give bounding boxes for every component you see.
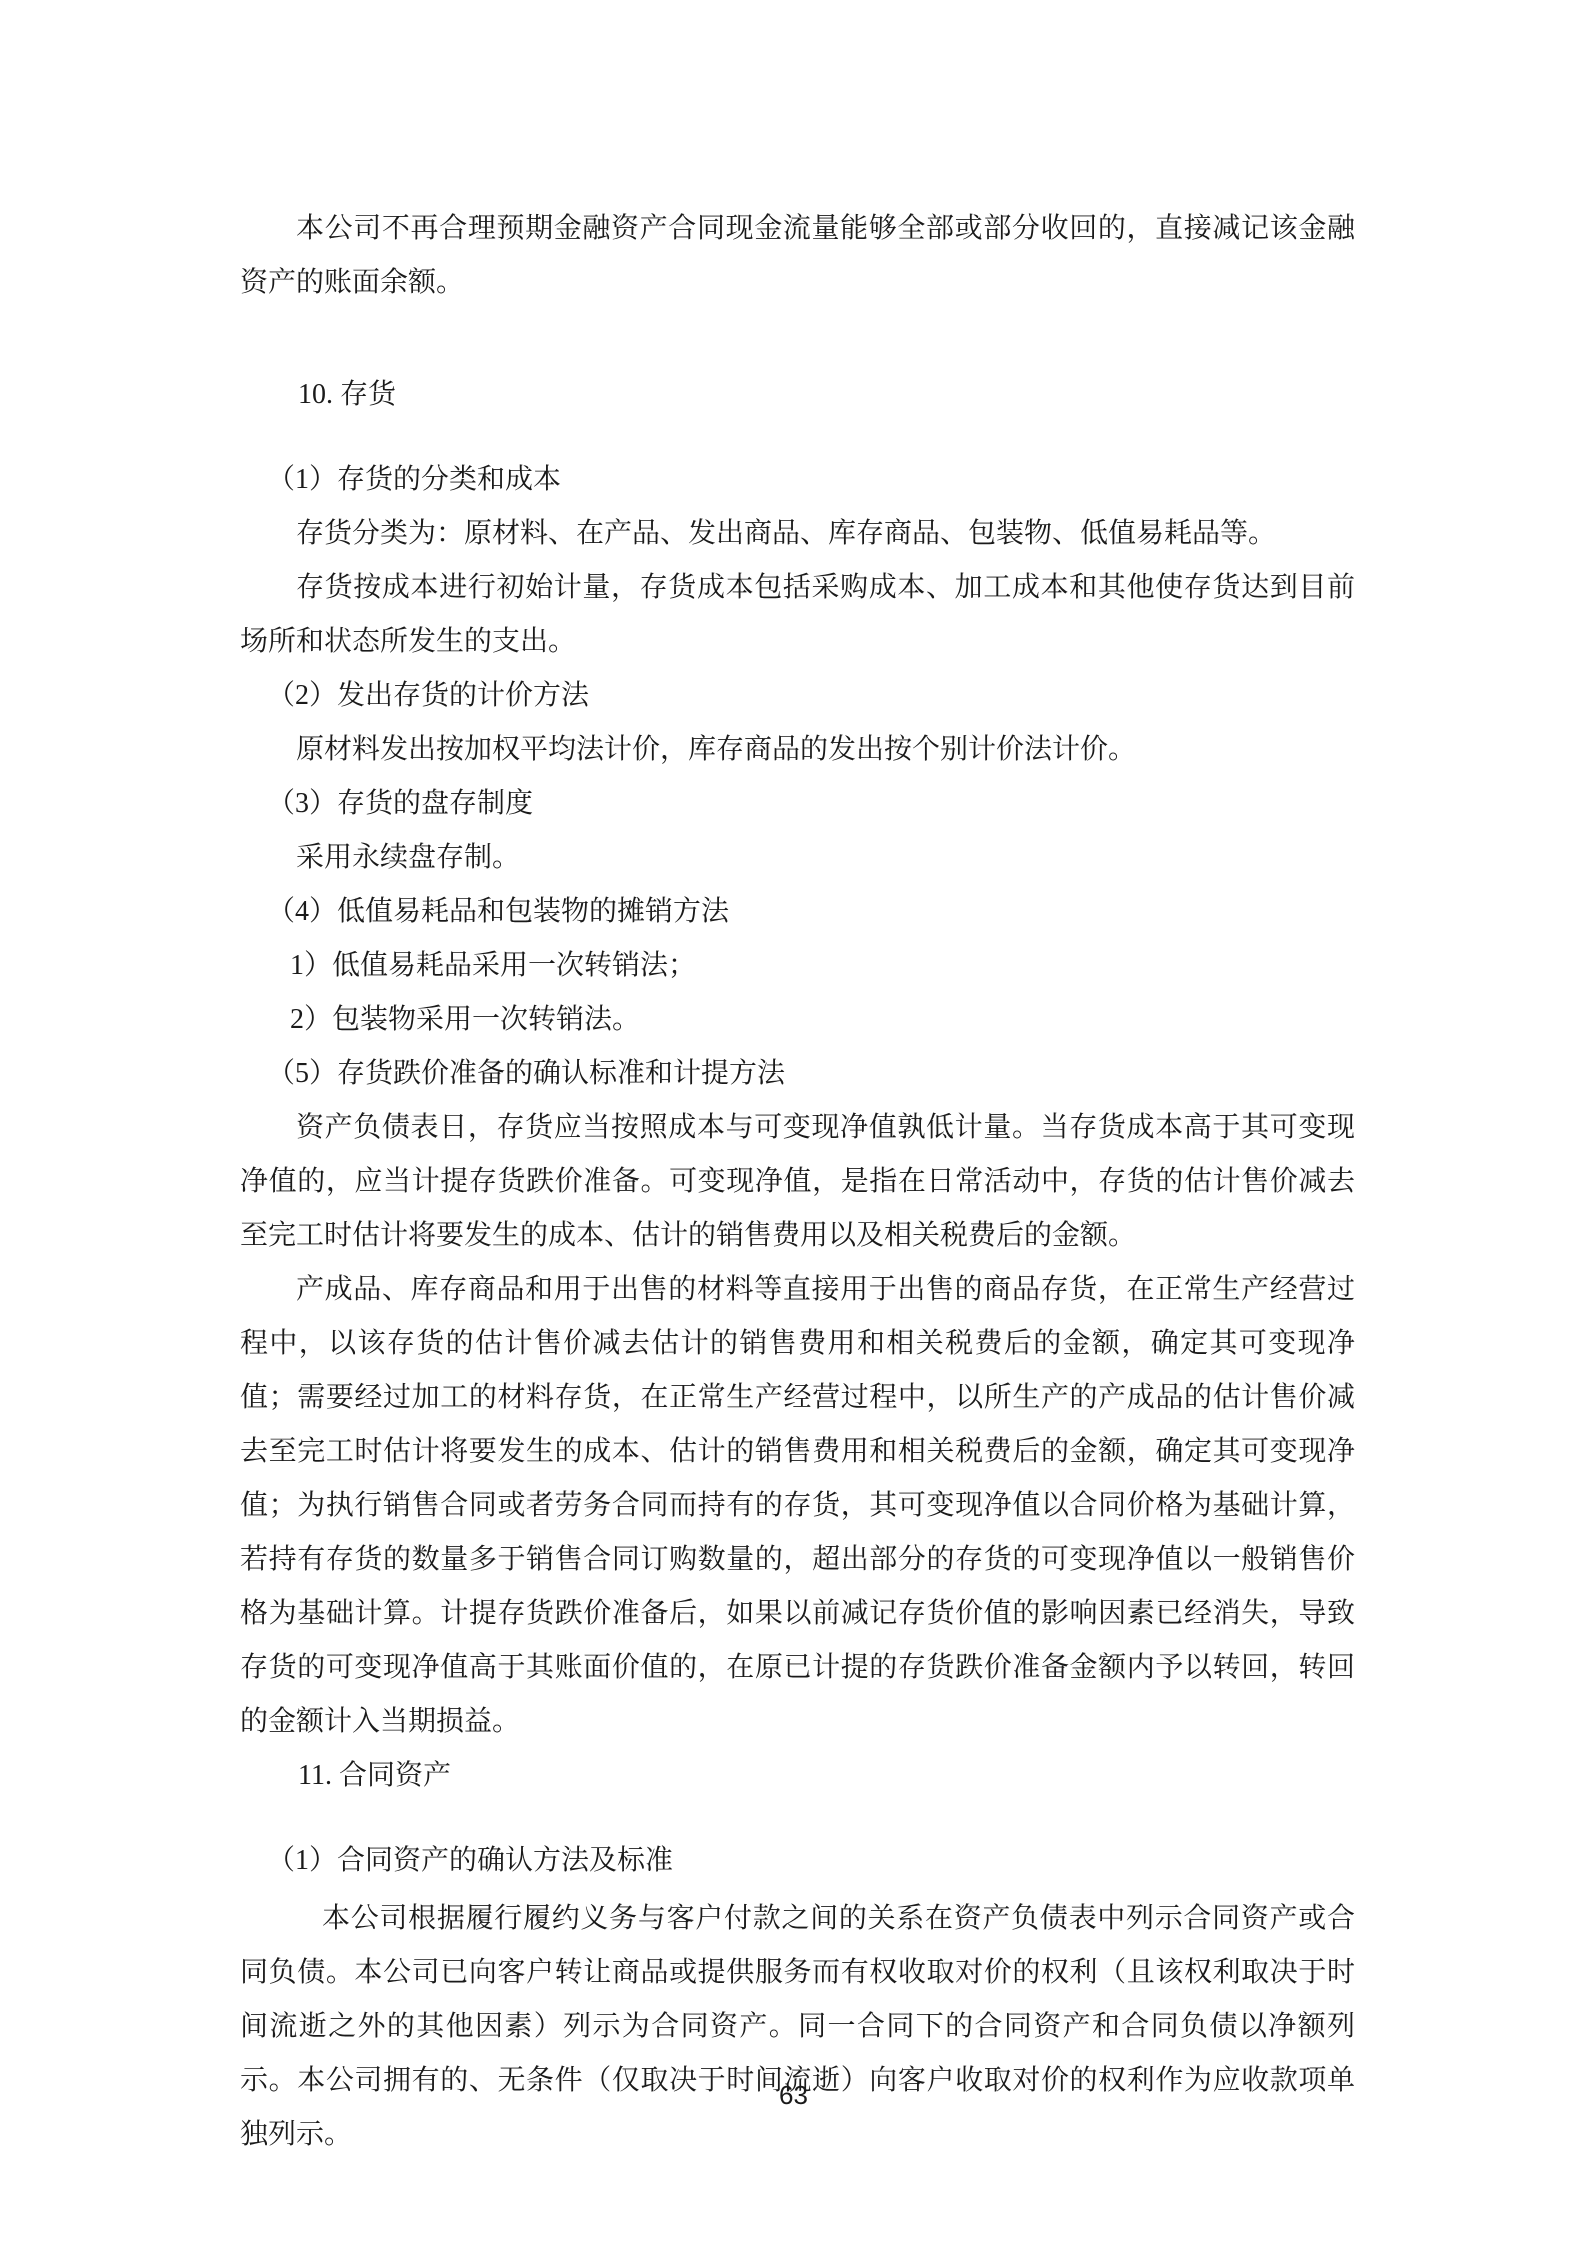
section-11-heading: 11. 合同资产 xyxy=(240,1749,1355,1803)
closing-paragraph-financial-asset-writeoff: 本公司不再合理预期金融资产合同现金流量能够全部或部分收回的，直接减记该金融资产的… xyxy=(240,202,1355,310)
section-10-item-1-paragraph-2: 存货按成本进行初始计量，存货成本包括采购成本、加工成本和其他使存货达到目前场所和… xyxy=(240,561,1355,669)
section-11-item-1-heading: （1）合同资产的确认方法及标准 xyxy=(240,1834,1355,1888)
section-10-item-1-paragraph-1: 存货分类为：原材料、在产品、发出商品、库存商品、包装物、低值易耗品等。 xyxy=(240,507,1355,561)
section-10-item-3-paragraph-1: 采用永续盘存制。 xyxy=(240,831,1355,885)
section-10-item-4-list-item-1: 1）低值易耗品采用一次转销法； xyxy=(240,939,1355,993)
section-10-item-4-list-item-2: 2）包装物采用一次转销法。 xyxy=(240,993,1355,1047)
section-11-item-1-paragraph-1: 本公司根据履行履约义务与客户付款之间的关系在资产负债表中列示合同资产或合同负债。… xyxy=(240,1892,1355,2162)
page-number: 63 xyxy=(779,2080,808,2110)
section-10-item-5-heading: （5）存货跌价准备的确认标准和计提方法 xyxy=(240,1047,1355,1101)
section-10-item-3-heading: （3）存货的盘存制度 xyxy=(240,777,1355,831)
page-footer: 63 xyxy=(0,2080,1587,2111)
document-page: 本公司不再合理预期金融资产合同现金流量能够全部或部分收回的，直接减记该金融资产的… xyxy=(0,0,1587,2245)
section-10-heading: 10. 存货 xyxy=(240,368,1355,422)
document-body: 本公司不再合理预期金融资产合同现金流量能够全部或部分收回的，直接减记该金融资产的… xyxy=(240,202,1355,2162)
section-10-item-5-paragraph-2: 产成品、库存商品和用于出售的材料等直接用于出售的商品存货，在正常生产经营过程中，… xyxy=(240,1263,1355,1749)
section-10-item-2-paragraph-1: 原材料发出按加权平均法计价，库存商品的发出按个别计价法计价。 xyxy=(240,723,1355,777)
section-10-item-2-heading: （2）发出存货的计价方法 xyxy=(240,669,1355,723)
section-10-item-5-paragraph-1: 资产负债表日，存货应当按照成本与可变现净值孰低计量。当存货成本高于其可变现净值的… xyxy=(240,1101,1355,1263)
section-10-item-4-heading: （4）低值易耗品和包装物的摊销方法 xyxy=(240,885,1355,939)
section-10-item-1-heading: （1）存货的分类和成本 xyxy=(240,453,1355,507)
